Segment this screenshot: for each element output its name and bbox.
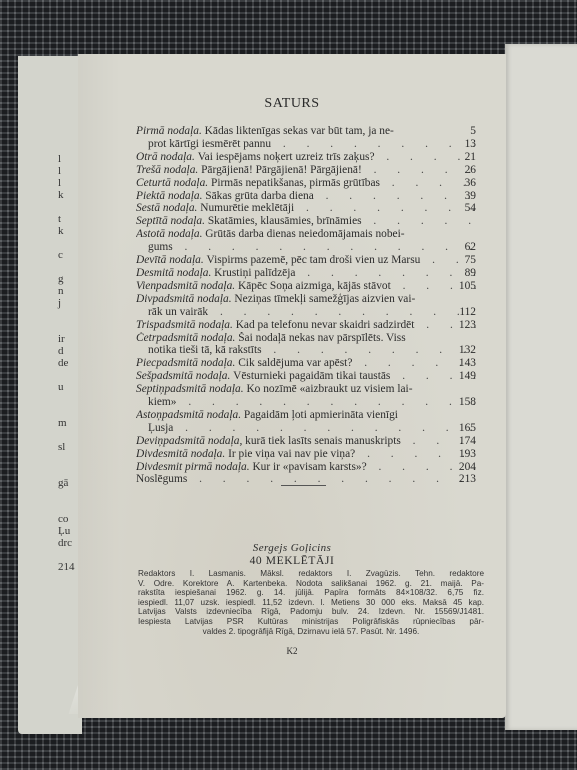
chapter-label: Sešpadsmitā nodaļa. (136, 370, 233, 382)
page-number: 54 (442, 202, 476, 215)
page-number: 132 (442, 344, 476, 357)
chapter-label: Četrpadsmitā nodaļa. (136, 332, 238, 344)
toc-entry: Sešpadsmitā nodaļa. Vēsturnieki pagaidām… (136, 370, 476, 383)
contents-page: SATURS Pirmā nodaļa. Kādas liktenīgas se… (78, 54, 506, 718)
chapter-title: Skatāmies, klausāmies, brīnāmies (208, 215, 362, 227)
colophon-line: Latvijas Valsts izdevniecība Rīgā, Padom… (138, 607, 484, 617)
page-number: 193 (442, 448, 476, 461)
colophon-line: Redaktors I. Lasmanis. Māksl. redaktors … (138, 569, 484, 579)
chapter-label: Piektā nodaļa. (136, 190, 205, 202)
page-number: 143 (442, 357, 476, 370)
chapter-label: Pirmā nodaļa. (136, 125, 205, 137)
chapter-label: Piecpadsmitā nodaļa. (136, 357, 238, 369)
chapter-title: Ļusja (148, 422, 173, 434)
chapter-title: Neziņas tīmekļi samežģījas aizvien vai- (234, 293, 415, 305)
chapter-label: Devītā nodaļa. (136, 254, 207, 266)
chapter-title: Kāpēc Soņa aizmiga, kājās stāvot (238, 280, 391, 292)
chapter-label: Septiņpadsmitā nodaļa. (136, 383, 246, 395)
chapter-title: Numurētie meklētāji (200, 202, 294, 214)
chapter-label: Trispadsmitā nodaļa. (136, 319, 236, 331)
chapter-label: Trešā nodaļa. (136, 164, 201, 176)
page-number: 204 (442, 461, 476, 474)
toc-entry: Piektā nodaļa. Sākas grūta darba diena .… (136, 190, 476, 203)
toc-entry: Devītā nodaļa. Vispirms pazemē, pēc tam … (136, 254, 476, 267)
page-number: 21 (442, 151, 476, 164)
colophon-line: valdes 2. tipogrāfijā Rīgā, Dzirnavu iel… (138, 627, 484, 637)
chapter-label: Divdesmitā nodaļa. (136, 448, 228, 460)
chapter-title: Vēsturnieki pagaidām tikai taustās (233, 370, 390, 382)
page-number: 13 (442, 138, 476, 151)
toc-entry: Septītā nodaļa. Skatāmies, klausāmies, b… (136, 215, 476, 228)
page-number: 149 (442, 370, 476, 383)
toc-entry: Četrpadsmitā nodaļa. Šai nodaļā nekas na… (136, 332, 476, 358)
chapter-title: notika tieši tā, kā rakstīts (148, 344, 262, 356)
toc-entry: Desmitā nodaļa. Krustiņi palīdzēja . . .… (136, 267, 476, 280)
chapter-label: Ceturtā nodaļa. (136, 177, 211, 189)
chapter-label: Otrā nodaļa. (136, 151, 198, 163)
page-title: SATURS (78, 96, 506, 112)
toc-entry: Astotā nodaļa. Grūtās darba dienas neied… (136, 228, 476, 254)
page-number: 165 (442, 422, 476, 435)
chapter-label: Sestā nodaļa. (136, 202, 200, 214)
toc-entry: Sestā nodaļa. Numurētie meklētāji . . . … (136, 202, 476, 215)
chapter-title: Pārgājienā! Pārgājienā! Pārgājienā! (201, 164, 362, 176)
page-number: 105 (442, 280, 476, 293)
toc-entry: Septiņpadsmitā nodaļa. Ko nozīmē «aizbra… (136, 383, 476, 409)
next-page (505, 44, 577, 730)
chapter-title: Vispirms pazemē, pēc tam droši vien uz M… (207, 254, 421, 266)
book-title: 40 MEKLĒTĀJI (78, 555, 506, 567)
chapter-title: Pagaidām ļoti apmierināta vienīgi (244, 409, 398, 421)
chapter-label: Divpadsmitā nodaļa. (136, 293, 234, 305)
colophon-line: V. Odre. Korektore A. Kartenbeka. Nodota… (138, 579, 484, 589)
page-number: 26 (442, 164, 476, 177)
chapter-title: Kādas liktenīgas sekas var būt tam, ja n… (205, 125, 394, 137)
colophon-line: Iespiesta Latvijas PSR Kultūras ministri… (138, 617, 484, 627)
chapter-label: Astoņpadsmitā nodaļa. (136, 409, 244, 421)
page-number: 213 (442, 473, 476, 486)
toc-entry: Trispadsmitā nodaļa. Kad pa telefonu nev… (136, 319, 476, 332)
toc-entry: Otrā nodaļa. Vai iespējams noķert uzreiz… (136, 151, 476, 164)
page-number: 75 (442, 254, 476, 267)
toc-entry: Divdesmit pirmā nodaļa. Kur ir «pavisam … (136, 461, 476, 474)
chapter-title: Vai iespējams noķert uzreiz trīs zaķus? (198, 151, 375, 163)
chapter-title: Sākas grūta darba diena (205, 190, 313, 202)
chapter-title: gums (148, 241, 173, 253)
chapter-label: Desmitā nodaļa. (136, 267, 214, 279)
chapter-title: Pirmās nepatikšanas, pirmās grūtības (211, 177, 380, 189)
chapter-label: Astotā nodaļa. (136, 228, 205, 240)
chapter-title: Krustiņi palīdzēja (214, 267, 295, 279)
chapter-title: kurā tiek lasīts senais manuskripts (245, 435, 401, 447)
chapter-label: Septītā nodaļa. (136, 215, 208, 227)
page-number: 112 (442, 306, 476, 319)
page-number: 123 (442, 319, 476, 332)
print-code: K2 (78, 646, 506, 656)
toc-entry: Vienpadsmitā nodaļa. Kāpēc Soņa aizmiga,… (136, 280, 476, 293)
chapter-title: Grūtās darba dienas neiedomājamais nobei… (205, 228, 404, 240)
chapter-title: Noslēgums (136, 473, 187, 485)
chapter-title: Kur ir «pavisam karsts»? (252, 461, 366, 473)
chapter-title: Cik saldējuma var apēst? (238, 357, 352, 369)
page-number: 89 (442, 267, 476, 280)
chapter-label: Divdesmit pirmā nodaļa. (136, 461, 252, 473)
page-number: 158 (442, 396, 476, 409)
toc-entry: Astoņpadsmitā nodaļa. Pagaidām ļoti apmi… (136, 409, 476, 435)
colophon: Redaktors I. Lasmanis. Māksl. redaktors … (138, 569, 484, 636)
toc-entry: Deviņpadsmitā nodaļa, kurā tiek lasīts s… (136, 435, 476, 448)
toc-entry: Divpadsmitā nodaļa. Neziņas tīmekļi same… (136, 293, 476, 319)
toc-entry: Piecpadsmitā nodaļa. Cik saldējuma var a… (136, 357, 476, 370)
toc-entry: Trešā nodaļa. Pārgājienā! Pārgājienā! Pā… (136, 164, 476, 177)
chapter-label: Vienpadsmitā nodaļa. (136, 280, 238, 292)
page-number: 174 (442, 435, 476, 448)
previous-page-strip: l l l k t k c g n j ir d de u m sl gā co… (18, 56, 82, 734)
toc-entry: Divdesmitā nodaļa. Ir pie viņa vai nav p… (136, 448, 476, 461)
author-name: Sergejs Goļicins (78, 542, 506, 554)
divider (281, 485, 326, 486)
chapter-title: Ko nozīmē «aizbraukt uz visiem lai- (246, 383, 412, 395)
chapter-title: Ir pie viņa vai nav pie viņa? (228, 448, 355, 460)
colophon-line: rakstīta iespiešanai 1962. g. 14. jūlijā… (138, 588, 484, 598)
chapter-label: Deviņpadsmitā nodaļa, (136, 435, 245, 447)
page-number: 62 (442, 241, 476, 254)
colophon-line: iespiedl. 11,07 uzsk. iespiedl. 11,52 iz… (138, 598, 484, 608)
toc-entry: Ceturtā nodaļa. Pirmās nepatikšanas, pir… (136, 177, 476, 190)
chapter-title: Šai nodaļā nekas nav pārspīlēts. Viss (238, 332, 405, 344)
table-of-contents: Pirmā nodaļa. Kādas liktenīgas sekas var… (136, 125, 476, 486)
chapter-title: rāk un vairāk (148, 306, 208, 318)
chapter-title: prot kārtīgi iesmērēt pannu (148, 138, 271, 150)
previous-page-fragments: l l l k t k c g n j ir d de u m sl gā co… (58, 153, 75, 573)
toc-entry: Pirmā nodaļa. Kādas liktenīgas sekas var… (136, 125, 476, 151)
chapter-title: Kad pa telefonu nevar skaidri sadzirdēt (236, 319, 415, 331)
chapter-title: kiem» (148, 396, 176, 408)
page-number: 5 (442, 125, 476, 138)
page-number: 36 (442, 177, 476, 190)
page-number: 39 (442, 190, 476, 203)
